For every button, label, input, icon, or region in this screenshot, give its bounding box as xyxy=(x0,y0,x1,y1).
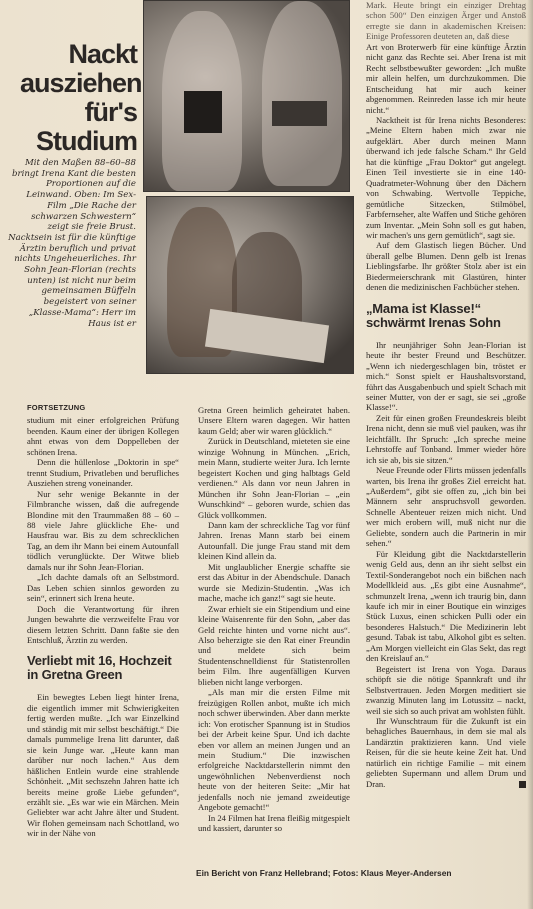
paragraph: Neue Freunde oder Flirts müssen jedenfal… xyxy=(366,465,526,549)
paragraph: Zwar erhielt sie ein Stipendium und eine… xyxy=(198,604,350,688)
paragraph: Auf dem Glastisch liegen Bücher. Und übe… xyxy=(366,240,526,292)
paragraph: Nur sehr wenige Bekannte in der Filmbran… xyxy=(27,489,179,573)
paragraph: In 24 Filmen hat Irena fleißig mitgespie… xyxy=(198,813,350,834)
paragraph: Art von Broterwerb für eine künftige Ärz… xyxy=(366,42,526,115)
paragraph: Gretna Green heimlich geheiratet haben. … xyxy=(198,405,350,436)
continuation-label: FORTSETZUNG xyxy=(27,403,179,413)
paragraph: Zurück in Deutschland, mieteten sie eine… xyxy=(198,436,350,520)
paragraph: Für Kleidung gibt die Nacktdarstellerin … xyxy=(366,549,526,664)
paragraph: Ein bewegtes Leben liegt hinter Irena, d… xyxy=(27,692,179,838)
paragraph: Nacktheit ist für Irena nichts Besondere… xyxy=(366,115,526,240)
paragraph: „Ich dachte damals oft an Selbstmord. Da… xyxy=(27,572,179,603)
film-still-photo xyxy=(143,0,350,192)
article-column-middle: Gretna Green heimlich geheiratet haben. … xyxy=(198,405,350,834)
paragraph: Ihr neunjähriger Sohn Jean-Florian ist h… xyxy=(366,340,526,413)
paragraph: Zeit für einen großen Freundeskreis blei… xyxy=(366,413,526,465)
faded-paragraph: Mark. Heute bringt ein einziger Drehtag … xyxy=(366,0,526,42)
paragraph: Dann kam der schreckliche Tag vor fünf J… xyxy=(198,520,350,562)
subheading: „Mama ist Klasse!“ schwärmt Irenas Sohn xyxy=(366,302,526,330)
paragraph: studium mit einer erfolgreichen Prüfung … xyxy=(27,415,179,457)
photo-caption: Mit den Maßen 88–60–88 bringt Irena Kant… xyxy=(8,158,136,329)
author-credit: Ein Bericht von Franz Hellebrand; Fotos:… xyxy=(196,868,531,878)
paragraph: Doch die Verantwortung für ihren Jungen … xyxy=(27,604,179,646)
end-mark-icon xyxy=(519,781,526,788)
page-edge-shadow xyxy=(527,0,533,909)
paragraph: „Als man mir die ersten Filme mit freizü… xyxy=(198,687,350,812)
paragraph: Denn die hüllenlose „Doktorin in spe“ tr… xyxy=(27,457,179,488)
article-column-left: FORTSETZUNG studium mit einer erfolgreic… xyxy=(27,403,179,839)
headline: Nackt ausziehen für's Studium xyxy=(20,40,137,156)
paragraph: Ihr Wunschtraum für die Zukunft ist ein … xyxy=(366,716,526,789)
article-column-right: Mark. Heute bringt ein einziger Drehtag … xyxy=(366,0,526,789)
paragraph: Begeistert ist Irena von Yoga. Daraus sc… xyxy=(366,664,526,716)
magazine-page: Nackt ausziehen für's Studium Mit den Ma… xyxy=(0,0,533,909)
subheading: Verliebt mit 16, Hochzeit in Gretna Gree… xyxy=(27,654,179,682)
paragraph: Mit unglaublicher Energie schaffte sie e… xyxy=(198,562,350,604)
mother-son-photo xyxy=(146,196,354,374)
